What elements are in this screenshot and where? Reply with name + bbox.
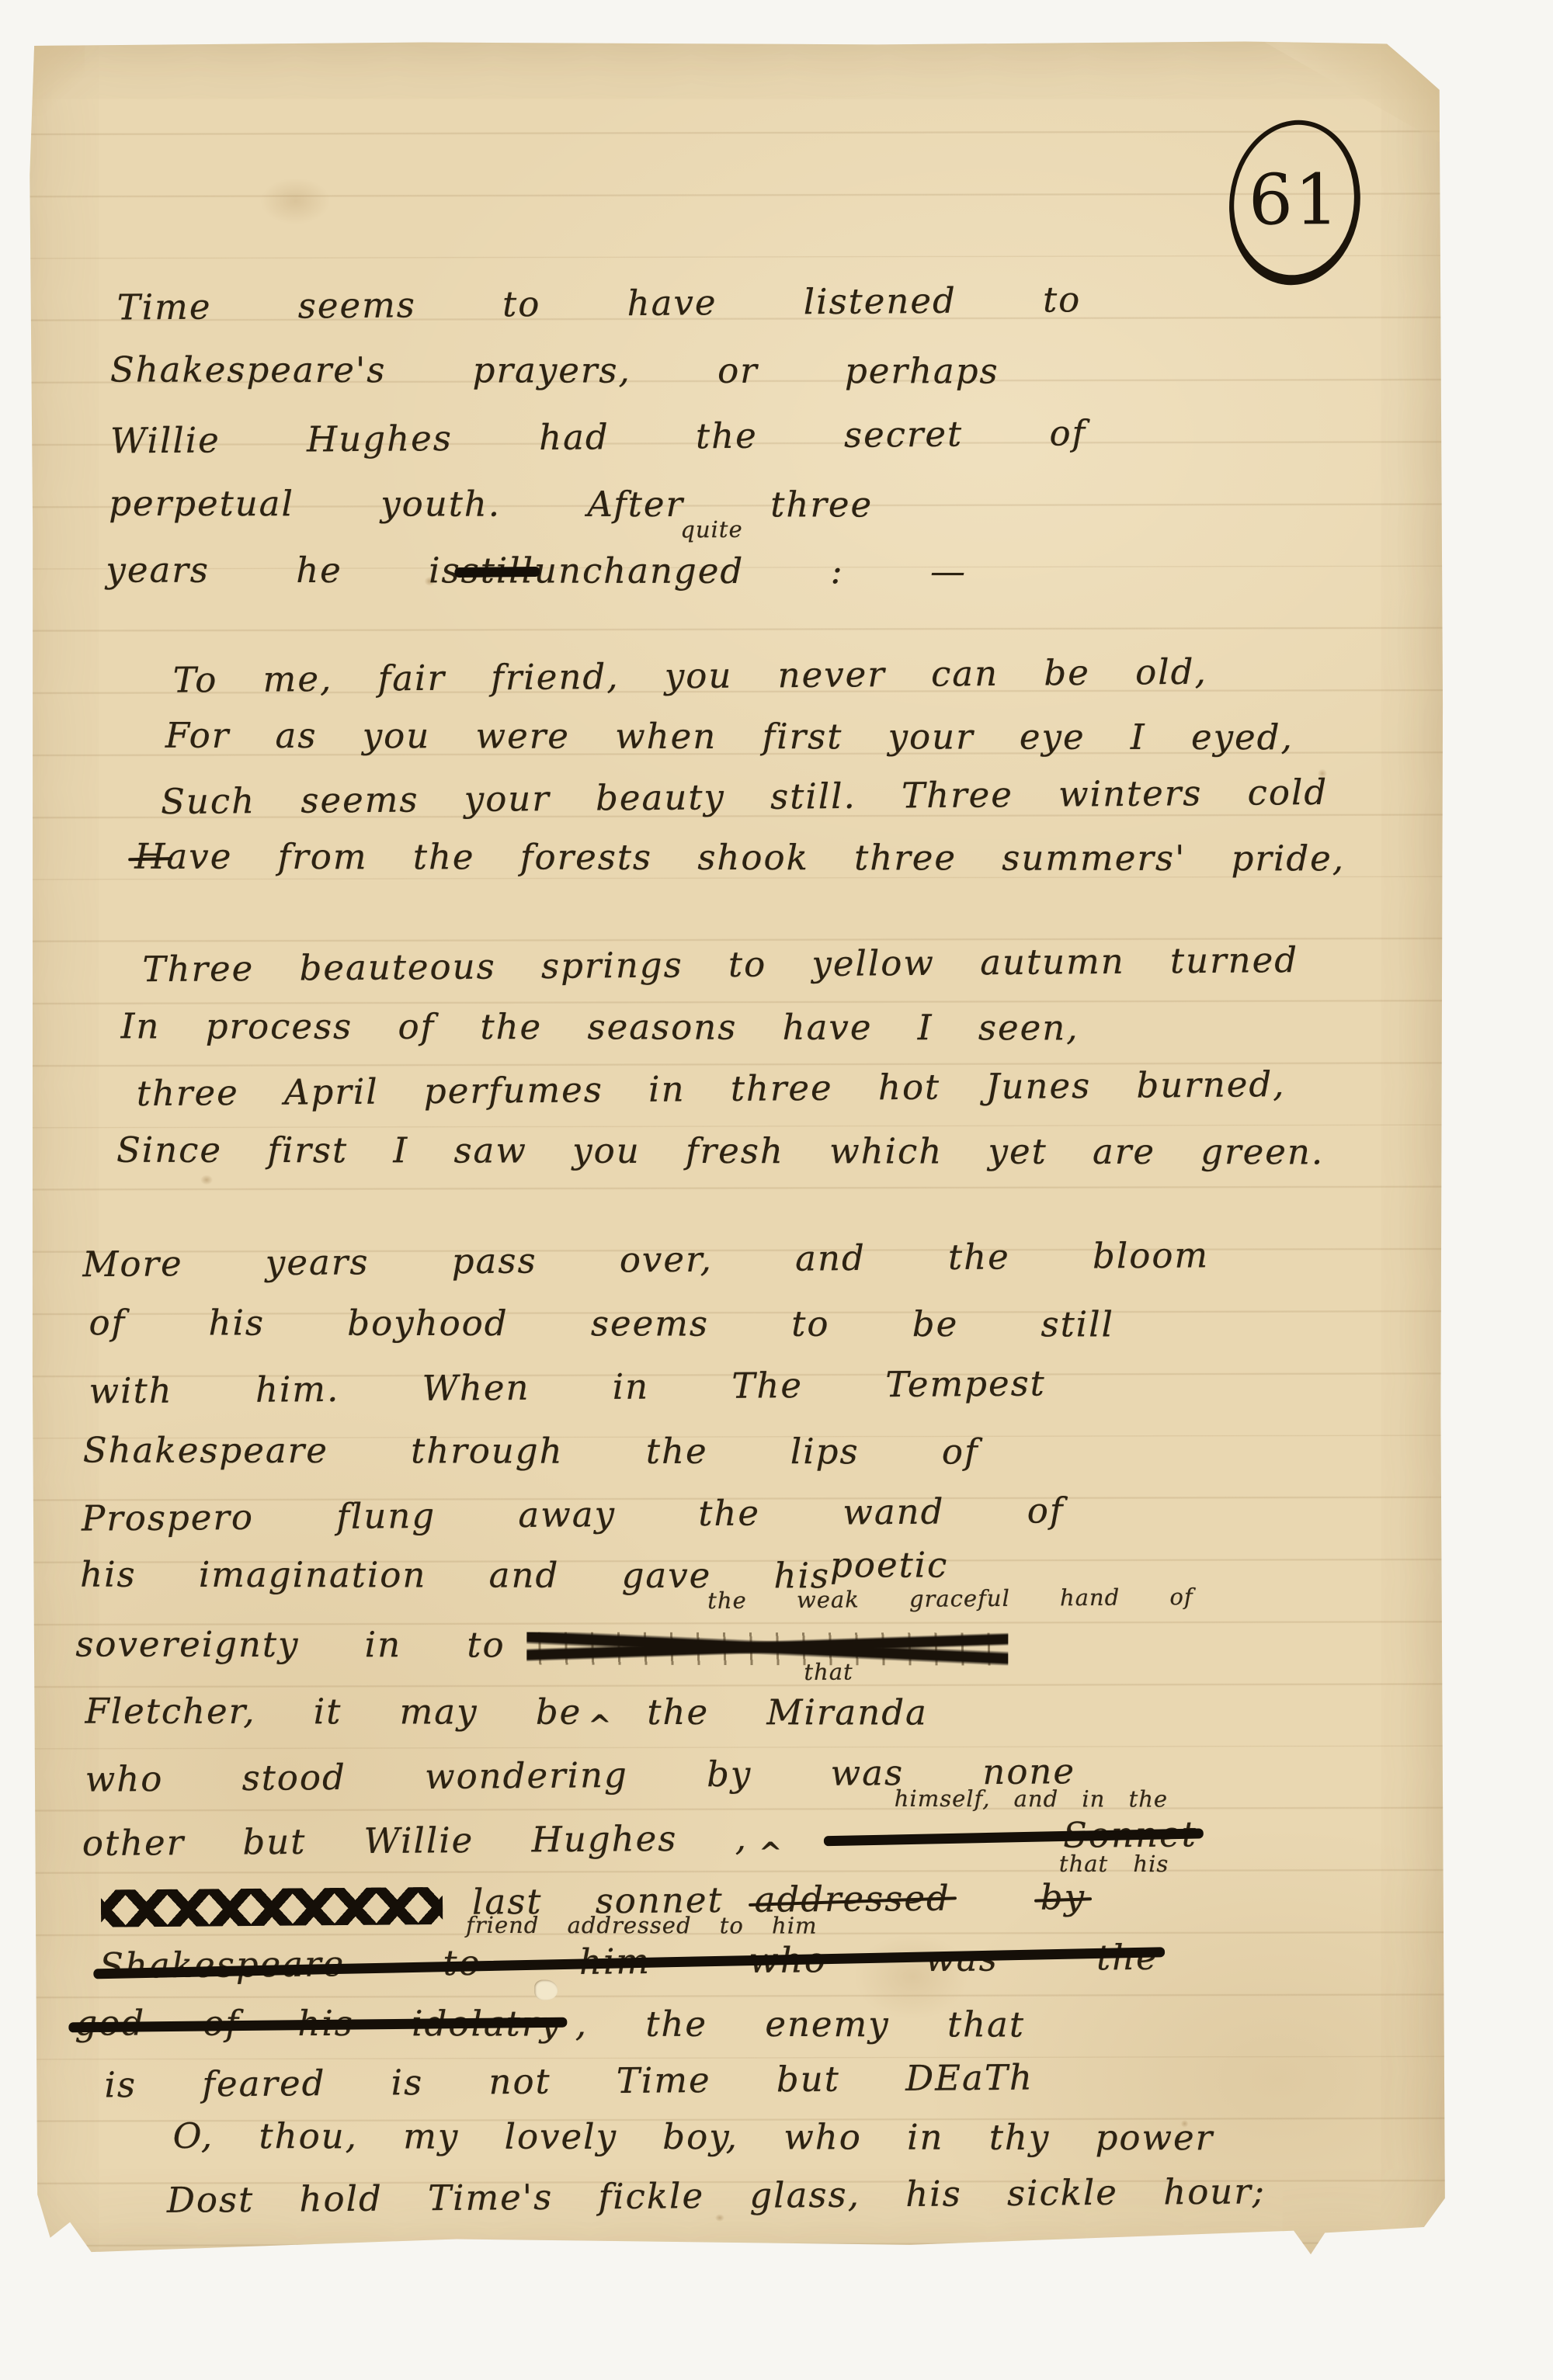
text-run: the weak graceful hand of — [707, 1586, 1193, 1612]
text-run: Since first I saw you fresh which yet ar… — [116, 1133, 1324, 1170]
text-run: Three beauteous springs to yellow autumn… — [142, 942, 1298, 987]
manuscript-line: More years pass over, and the bloom — [82, 1237, 1209, 1282]
manuscript-line: Since first I saw you fresh which yet ar… — [116, 1133, 1324, 1170]
text-run: For as you were when first your eye I ey… — [165, 718, 1294, 755]
text-run: poetic — [830, 1547, 948, 1582]
text-run: quite — [680, 519, 743, 542]
inserted-line: friend addressed to him — [466, 1914, 817, 1938]
struck-text: Sonnet — [830, 1816, 1197, 1854]
text-run: other but Willie Hughes , — [82, 1820, 748, 1861]
text-run: of his boyhood seems to be still — [89, 1305, 1114, 1341]
inserted-line: himself, and in the — [895, 1788, 1168, 1811]
caret-mark: ^ — [759, 1839, 783, 1867]
text-run: friend addressed to him — [466, 1914, 817, 1938]
stain — [260, 178, 330, 224]
text-run: Such seems your beauty still. Three wint… — [161, 775, 1328, 819]
manuscript-line: Shakespeare through the lips of — [83, 1433, 979, 1469]
manuscript-line: Shakespeare's prayers, or perhaps — [110, 352, 999, 388]
text-run: Prospero flung away the wand of — [82, 1493, 1065, 1535]
page-number: 61 — [1248, 159, 1340, 241]
manuscript-line: of his boyhood seems to be still — [89, 1305, 1114, 1341]
text-run: O, thou, my lovely boy, who in thy power — [173, 2118, 1214, 2155]
manuscript-line: Prospero flung away the wand of — [82, 1493, 1065, 1535]
inserted-line: that his — [1059, 1853, 1169, 1875]
manuscript-line: Willie Hughes had the secret of — [110, 415, 1086, 458]
inserted-line: quite — [680, 519, 743, 542]
caret-mark: ^ — [588, 1712, 613, 1740]
manuscript-line: Shakespeare to him who was the — [99, 1940, 1159, 1983]
inserted-line: that — [804, 1660, 853, 1684]
manuscript-line: Three beauteous springs to yellow autumn… — [142, 942, 1298, 987]
page-number-circle: 61 — [1220, 113, 1369, 293]
text-run: that his — [1059, 1853, 1169, 1875]
top-right-crease — [1258, 0, 1439, 47]
text-run: is feared is not Time but DEaTh — [104, 2060, 1034, 2103]
top-left-fold — [27, 42, 85, 116]
manuscript-line: Dost hold Time's fickle glass, his sickl… — [167, 2174, 1266, 2218]
text-run: unchanged : — — [534, 553, 967, 589]
manuscript-line: Time seems to have listened to — [117, 282, 1082, 324]
manuscript-line: perpetual youth. After three — [109, 486, 873, 522]
manuscript-line: with him. When in The Tempest — [89, 1365, 1045, 1408]
manuscript-line: Fletcher, it may be^the Miranda — [85, 1694, 927, 1730]
text-run: Dost hold Time's fickle glass, his sickl… — [167, 2174, 1266, 2218]
text-run: In process of the seasons have I seen, — [121, 1008, 1079, 1045]
text-run: himself, and in the — [895, 1788, 1168, 1811]
foxing-dot — [200, 1174, 213, 1185]
text-run: sovereignty in to — [75, 1626, 505, 1662]
text-run: , the enemy that — [575, 2007, 1025, 2042]
text-run: perpetual youth. After three — [109, 486, 873, 522]
text-run: three April perfumes in three hot Junes … — [137, 1067, 1286, 1111]
text-run: To me, fair friend, you never can be old… — [173, 654, 1207, 698]
text-run: years he is — [106, 553, 460, 588]
zigzag-scribble — [101, 1886, 443, 1927]
text-run: that — [804, 1660, 853, 1684]
handwriting-layer: Time seems to have listened toShakespear… — [27, 39, 1444, 42]
manuscript-line: is feared is not Time but DEaTh — [104, 2060, 1034, 2103]
text-run: ave from the forests shook three summers… — [166, 839, 1345, 876]
manuscript-line: For as you were when first your eye I ey… — [165, 718, 1294, 755]
paper-chip — [534, 1979, 558, 2000]
text-run: More years pass over, and the bloom — [82, 1237, 1209, 1282]
struck-text: still — [461, 553, 534, 588]
manuscript-line: god of his idolatry, the enemy that — [75, 2005, 1025, 2042]
manuscript-line: Have from the forests shook three summer… — [134, 839, 1345, 876]
manuscript-line: To me, fair friend, you never can be old… — [173, 654, 1207, 698]
manuscript-line: three April perfumes in three hot Junes … — [137, 1067, 1286, 1111]
struck-text: god of his idolatry — [75, 2005, 561, 2041]
text-run: with him. When in The Tempest — [89, 1365, 1045, 1408]
text-run: Shakespeare through the lips of — [83, 1433, 979, 1469]
struck-text: H — [134, 839, 166, 874]
text-run: the Miranda — [647, 1695, 928, 1730]
manuscript-line: Such seems your beauty still. Three wint… — [161, 775, 1328, 819]
text-run: Willie Hughes had the secret of — [110, 415, 1086, 458]
manuscript-line: other but Willie Hughes ,^Sonnet — [82, 1816, 1197, 1861]
manuscript-page: 61 Time seems to have listened toShakesp… — [27, 39, 1448, 2259]
text-run: Time seems to have listened to — [117, 282, 1082, 324]
wavy-scribble — [527, 1632, 1009, 1665]
manuscript-line: years he is still unchanged : — — [106, 553, 967, 589]
text-run: Fletcher, it may be — [85, 1694, 582, 1729]
struck-text: by — [1041, 1879, 1086, 1914]
manuscript-line: In process of the seasons have I seen, — [121, 1008, 1079, 1045]
manuscript-line: O, thou, my lovely boy, who in thy power — [173, 2118, 1214, 2155]
manuscript-line: sovereignty in to — [75, 1626, 1008, 1665]
inserted-line: the weak graceful hand of — [707, 1586, 1193, 1612]
text-run: Shakespeare's prayers, or perhaps — [110, 352, 999, 388]
struck-text: Shakespeare to him who was the — [99, 1940, 1159, 1983]
